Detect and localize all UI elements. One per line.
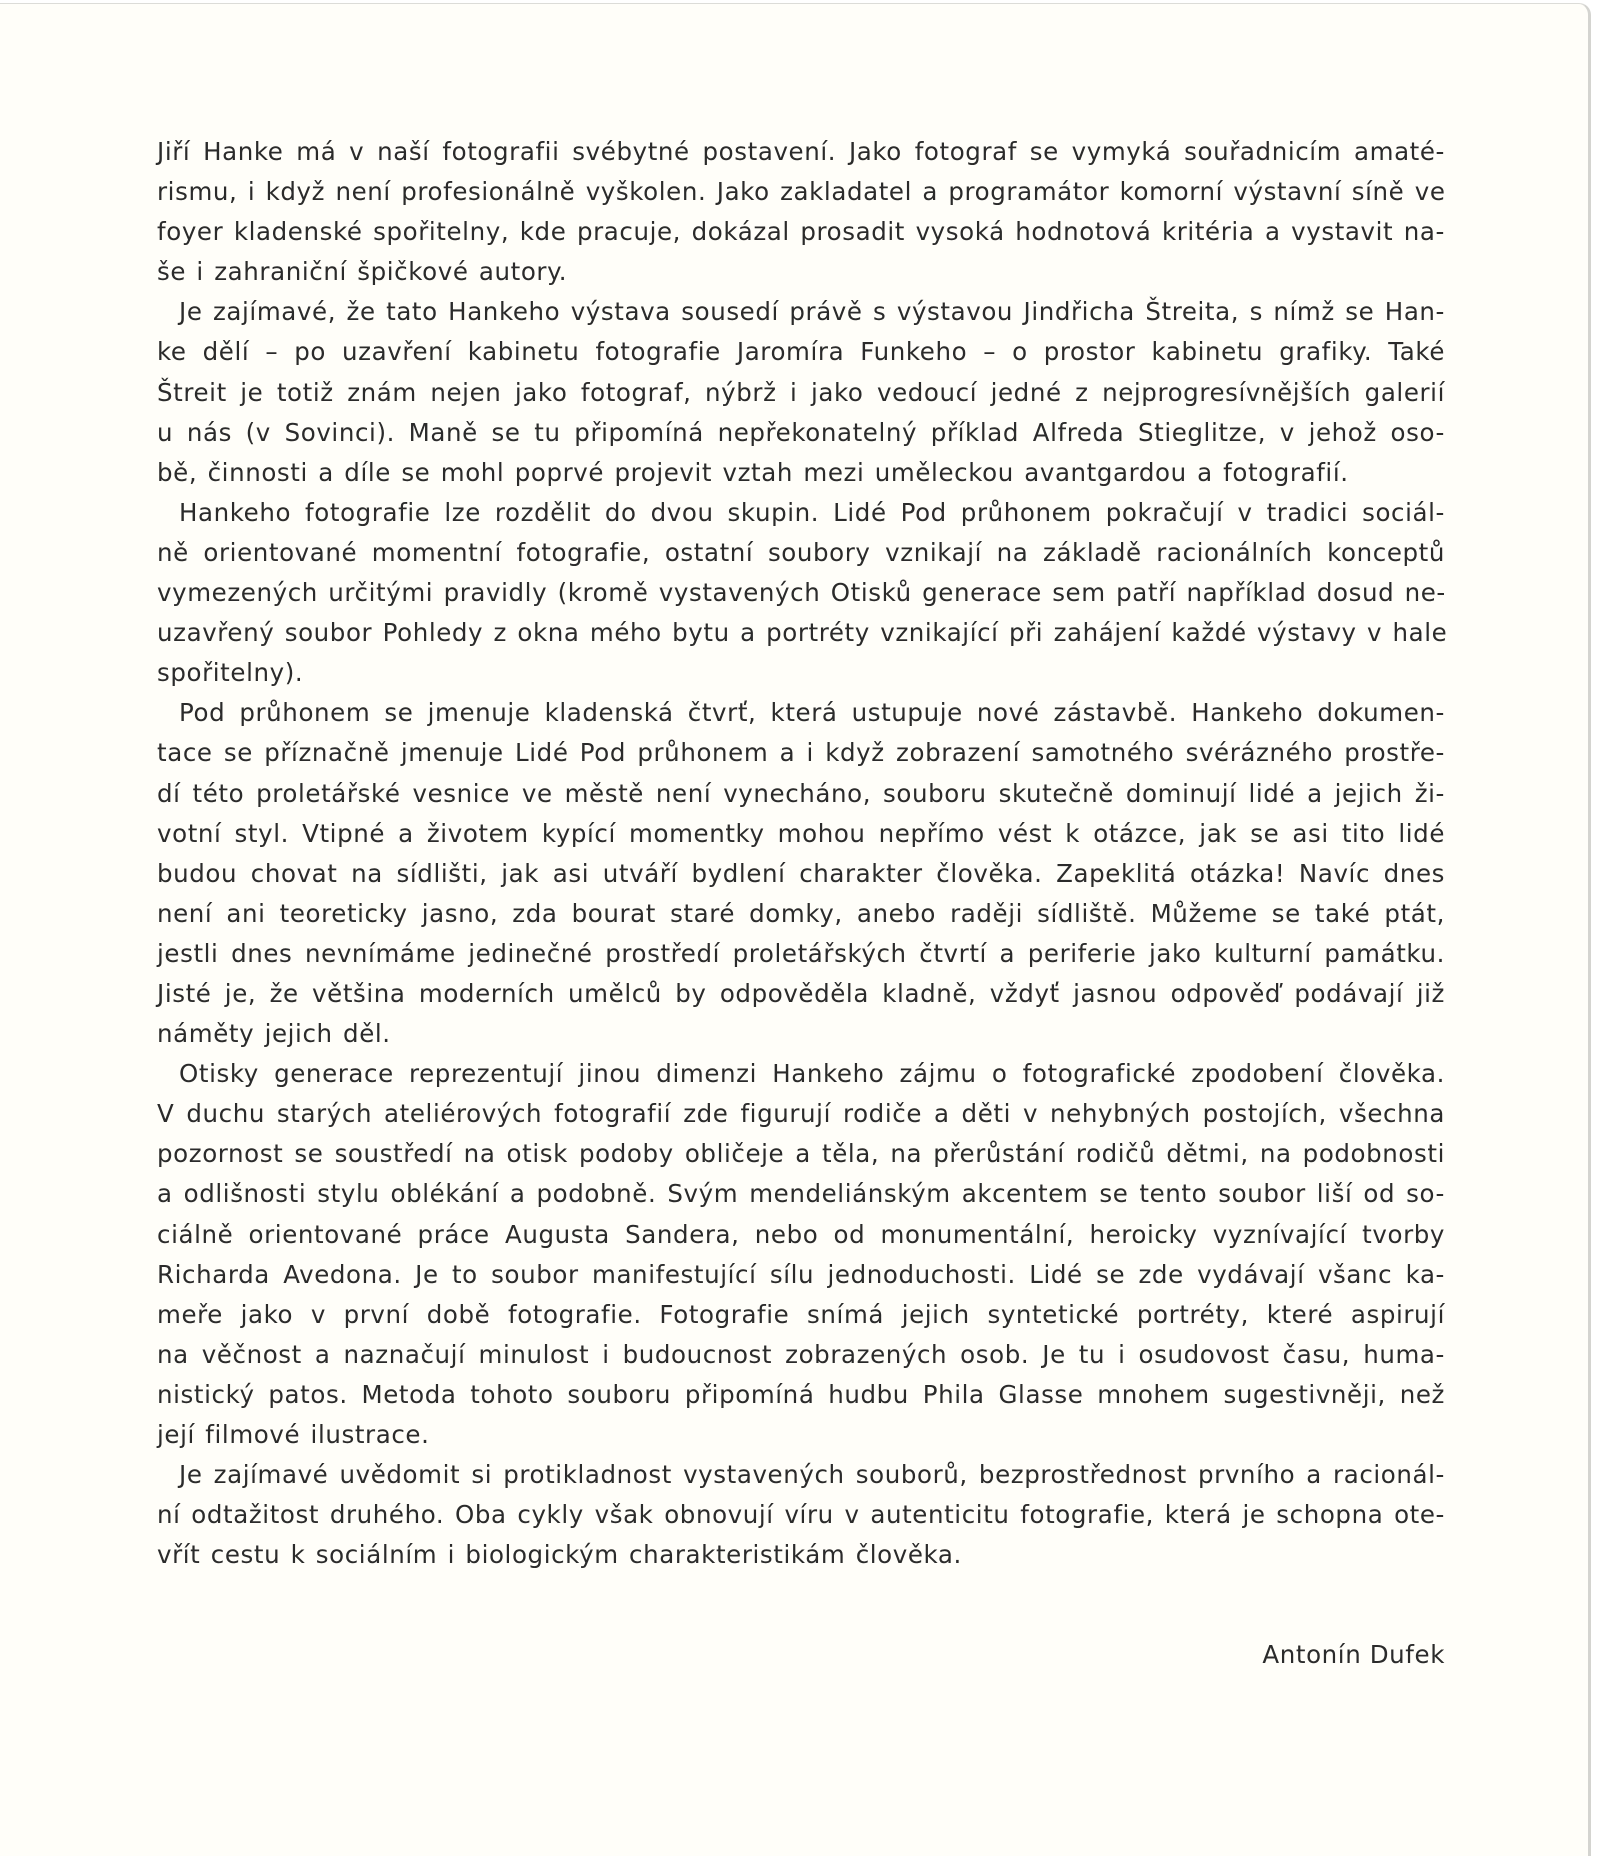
- text-line: foyer kladenské spořitelny, kde pracuje,…: [157, 212, 1445, 252]
- text-line: rismu, i když není profesionálně vyškole…: [157, 172, 1445, 212]
- text-line: není ani teoreticky jasno, zda bourat st…: [157, 894, 1445, 934]
- text-line: Jiří Hanke má v naší fotografii svébytné…: [157, 132, 1445, 172]
- text-line: dí této proletářské vesnice ve městě nen…: [157, 774, 1445, 814]
- text-line: še i zahraniční špičkové autory.: [157, 252, 1445, 292]
- text-line: ke dělí – po uzavření kabinetu fotografi…: [157, 332, 1445, 372]
- text-line: Štreit je totiž znám nejen jako fotograf…: [157, 373, 1445, 413]
- text-line: V duchu starých ateliérových fotografií …: [157, 1094, 1445, 1134]
- text-line: její filmové ilustrace.: [157, 1415, 1445, 1455]
- text-line: Je zajímavé, že tato Hankeho výstava sou…: [157, 292, 1445, 332]
- document-page: Jiří Hanke má v naší fotografii svébytné…: [0, 3, 1591, 1856]
- text-line: Hankeho fotografie lze rozdělit do dvou …: [157, 493, 1445, 533]
- text-line: vřít cestu k sociálním i biologickým cha…: [157, 1535, 1445, 1575]
- text-line: Richarda Avedona. Je to soubor manifestu…: [157, 1255, 1445, 1295]
- article-body: Jiří Hanke má v naší fotografii svébytné…: [157, 132, 1445, 1575]
- text-line: náměty jejich děl.: [157, 1014, 1445, 1054]
- text-line: u nás (v Sovinci). Maně se tu připomíná …: [157, 413, 1445, 453]
- text-line: uzavřený soubor Pohledy z okna mého bytu…: [157, 613, 1445, 653]
- text-line: a odlišnosti stylu oblékání a podobně. S…: [157, 1174, 1445, 1214]
- text-line: meře jako v první době fotografie. Fotog…: [157, 1295, 1445, 1335]
- author-signature: Antonín Dufek: [157, 1635, 1445, 1675]
- text-line: nistický patos. Metoda tohoto souboru př…: [157, 1375, 1445, 1415]
- text-line: votní styl. Vtipné a životem kypící mome…: [157, 814, 1445, 854]
- text-line: na věčnost a naznačují minulost i budouc…: [157, 1335, 1445, 1375]
- text-line: jestli dnes nevnímáme jedinečné prostřed…: [157, 934, 1445, 974]
- text-line: tace se příznačně jmenuje Lidé Pod průho…: [157, 733, 1445, 773]
- text-line: spořitelny).: [157, 653, 1445, 693]
- text-line: vymezených určitými pravidly (kromě vyst…: [157, 573, 1445, 613]
- text-line: Jisté je, že většina moderních umělců by…: [157, 974, 1445, 1014]
- paragraph: Otisky generace reprezentují jinou dimen…: [157, 1054, 1445, 1455]
- text-line: Je zajímavé uvědomit si protikladnost vy…: [157, 1455, 1445, 1495]
- text-line: ciálně orientované práce Augusta Sandera…: [157, 1215, 1445, 1255]
- paragraph: Hankeho fotografie lze rozdělit do dvou …: [157, 493, 1445, 693]
- text-line: pozornost se soustředí na otisk podoby o…: [157, 1134, 1445, 1174]
- paragraph: Pod průhonem se jmenuje kladenská čtvrť,…: [157, 693, 1445, 1054]
- paragraph: Je zajímavé uvědomit si protikladnost vy…: [157, 1455, 1445, 1575]
- paragraph: Jiří Hanke má v naší fotografii svébytné…: [157, 132, 1445, 292]
- text-line: budou chovat na sídlišti, jak asi utváří…: [157, 854, 1445, 894]
- text-line: bě, činnosti a díle se mohl poprvé proje…: [157, 453, 1445, 493]
- text-line: Pod průhonem se jmenuje kladenská čtvrť,…: [157, 693, 1445, 733]
- paragraph: Je zajímavé, že tato Hankeho výstava sou…: [157, 292, 1445, 492]
- text-line: ně orientované momentní fotografie, osta…: [157, 533, 1445, 573]
- text-line: Otisky generace reprezentují jinou dimen…: [157, 1054, 1445, 1094]
- text-line: ní odtažitost druhého. Oba cykly však ob…: [157, 1495, 1445, 1535]
